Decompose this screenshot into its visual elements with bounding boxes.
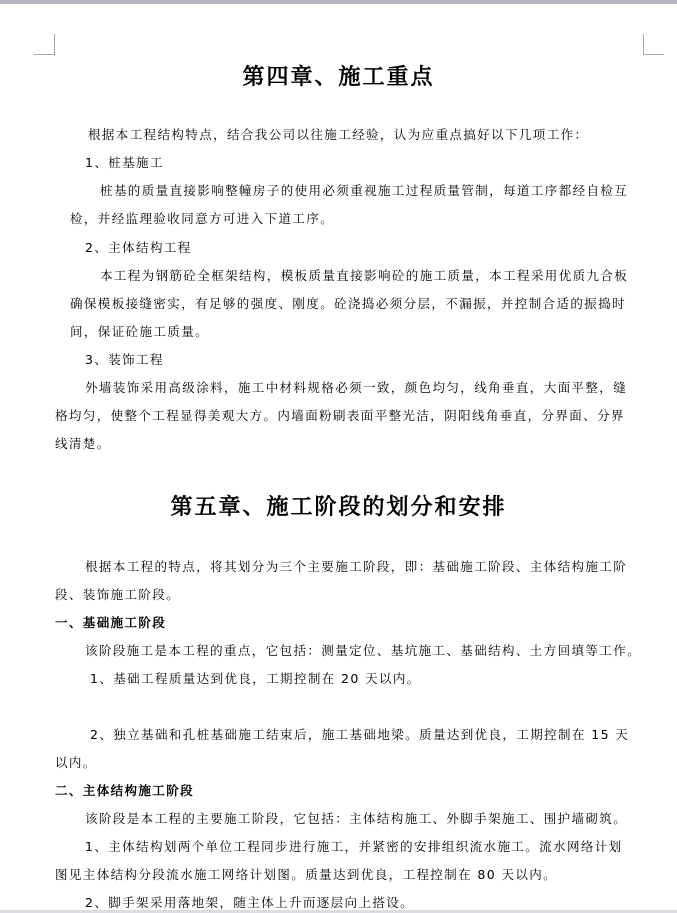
- item-3-text-line: 线清楚。: [55, 434, 111, 452]
- section-1-text-line: 该阶段施工是本工程的重点，它包括：测量定位、基坑施工、基础结构、土方回填等工作。: [85, 641, 641, 659]
- section-1-text-line: 2、独立基础和孔桩基础施工结束后，施工基础地梁。质量达到优良，工期控制在 15 …: [90, 725, 629, 743]
- page-corner-mark-top-left: [34, 34, 55, 55]
- item-1-text-line: 桩基的质量直接影响整幢房子的使用必须重视施工过程质量管制，每道工序都经自检互: [100, 181, 628, 199]
- chapter-5-title: 第五章、施工阶段的划分和安排: [0, 490, 677, 521]
- section-2-heading: 二、主体结构施工阶段: [55, 781, 194, 799]
- item-2-heading: 2、主体结构工程: [85, 238, 192, 256]
- section-1-heading: 一、基础施工阶段: [55, 613, 166, 631]
- chapter-5-intro-line: 根据本工程的特点，将其划分为三个主要施工阶段，即：基础施工阶段、主体结构施工阶: [85, 557, 627, 575]
- section-1-text-line: 1、基础工程质量达到优良，工期控制在 20 天以内。: [90, 669, 421, 687]
- item-1-text-line: 检，并经监理验收同意方可进入下道工序。: [70, 209, 334, 227]
- item-3-text-line: 格均匀，使整个工程显得美观大方。内墙面粉刷表面平整光洁，阴阳线角垂直，分界面、分…: [55, 406, 625, 424]
- item-2-text-line: 本工程为钢筋砼全框架结构，模板质量直接影响砼的施工质量，本工程采用优质九合板: [100, 266, 628, 284]
- item-1-heading: 1、桩基施工: [85, 153, 164, 171]
- section-2-text-line: 1、主体结构划两个单位工程同步进行施工，并紧密的安排组织流水施工。流水网络计划: [85, 837, 623, 855]
- page-corner-mark-top-right: [643, 34, 664, 55]
- item-3-heading: 3、装饰工程: [85, 350, 164, 368]
- item-3-text-line: 外墙装饰采用高级涂料，施工中材料规格必须一致，颜色均匀，线角垂直，大面平整，缝: [85, 378, 627, 396]
- item-2-text-line: 间，保证砼施工质量。: [70, 322, 209, 340]
- chapter-4-title: 第四章、施工重点: [0, 60, 677, 91]
- section-2-text-line: 2、脚手架采用落地架，随主体上升而逐层向上搭设。: [85, 893, 414, 911]
- section-1-text-line: 以内。: [55, 753, 97, 771]
- section-2-text-line: 该阶段是本工程的主要施工阶段，它包括：主体结构施工、外脚手架施工、围护墙砌筑。: [85, 809, 627, 827]
- chapter-4-intro: 根据本工程结构特点，结合我公司以往施工经验，认为应重点搞好以下几项工作：: [88, 125, 588, 143]
- window-top-bar: [0, 0, 677, 4]
- section-2-text-line: 图见主体结构分段流水施工网络计划图。质量达到优良，工程控制在 80 天以内。: [55, 865, 557, 883]
- item-2-text-line: 确保模板接缝密实，有足够的强度、刚度。砼浇捣必须分层，不漏振，并控制合适的振捣时: [70, 294, 626, 312]
- chapter-5-intro-line: 段、装饰施工阶段。: [55, 585, 180, 603]
